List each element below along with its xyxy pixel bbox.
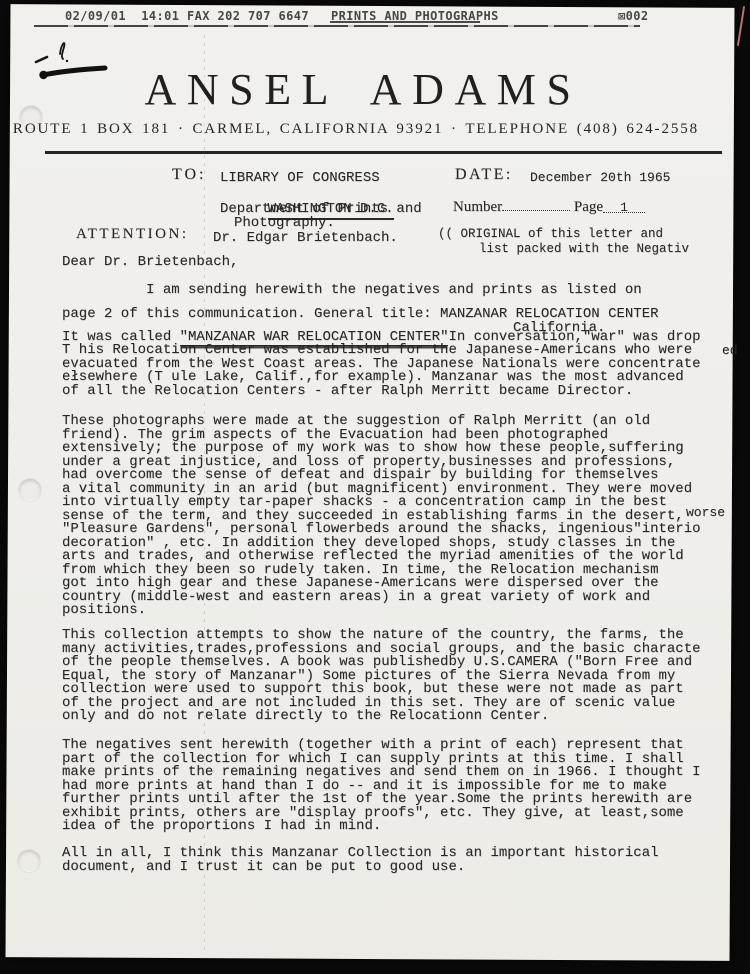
number-label: Number xyxy=(453,199,502,215)
punch-hole xyxy=(18,850,40,872)
letterhead-name: ANSEL ADAMS xyxy=(0,64,726,115)
paragraph-negatives: The negatives sent herewith (together wi… xyxy=(62,739,701,834)
attention-value: Dr. Edgar Brietenbach. xyxy=(213,230,398,246)
salutation: Dear Dr. Brietenbach, xyxy=(62,254,238,270)
number-blank xyxy=(502,198,570,211)
original-note-line-1: (( ORIGINAL of this letter and xyxy=(438,227,663,241)
to-label: TO: xyxy=(172,166,206,184)
date-label: DATE: xyxy=(455,166,513,184)
scan-scratch xyxy=(737,6,745,46)
text-line: document, and I trust it can be put to g… xyxy=(62,861,659,875)
fax-title-underline xyxy=(330,21,480,23)
text-line: only and do not relate directly to the R… xyxy=(62,710,701,724)
letterhead-rule xyxy=(45,151,722,154)
dropped-chars: ed xyxy=(722,343,738,358)
fax-datetime: 02/09/01 14:01 FAX 202 707 6647 xyxy=(65,9,309,23)
original-note-line-2: list packed with the Negativ xyxy=(479,242,689,256)
paragraph-photographs: These photographs were made at the sugge… xyxy=(62,415,701,618)
letterhead-address: ROUTE 1 BOX 181 · CARMEL, CALIFORNIA 939… xyxy=(0,121,712,138)
page-label: Page xyxy=(574,199,603,215)
fax-page-stamp: ⊠002 xyxy=(618,9,649,23)
punch-hole xyxy=(19,479,41,501)
text-line: country (middle-west and eastern areas) … xyxy=(62,591,701,605)
paragraph-relocation: T his Relocation Center was established … xyxy=(62,344,701,398)
paragraph-collection: This collection attempts to show the nat… xyxy=(62,629,701,724)
inserted-word-worse: worse xyxy=(686,505,725,520)
scanned-letter-screenshot: 02/09/01 14:01 FAX 202 707 6647 PRINTS A… xyxy=(0,0,750,974)
to-line-1: LIBRARY OF CONGRESS xyxy=(220,170,380,186)
text-line: I am sending herewith the negatives and … xyxy=(62,284,659,298)
text-line: of all the Relocation Centers - after Ra… xyxy=(62,385,701,399)
page-value: 1 xyxy=(603,200,645,213)
text-line: idea of the proportions I had in mind. xyxy=(62,820,701,834)
fax-header-rule xyxy=(34,25,640,27)
attention-label: ATTENTION: xyxy=(76,226,188,243)
date-value: December 20th 1965 xyxy=(530,170,670,185)
to-line-4: Photography. xyxy=(234,215,335,231)
number-page-line: Number Page1 xyxy=(453,198,645,216)
text-line: positions. xyxy=(62,604,701,618)
paragraph-closing: All in all, I think this Manzanar Collec… xyxy=(62,847,659,874)
